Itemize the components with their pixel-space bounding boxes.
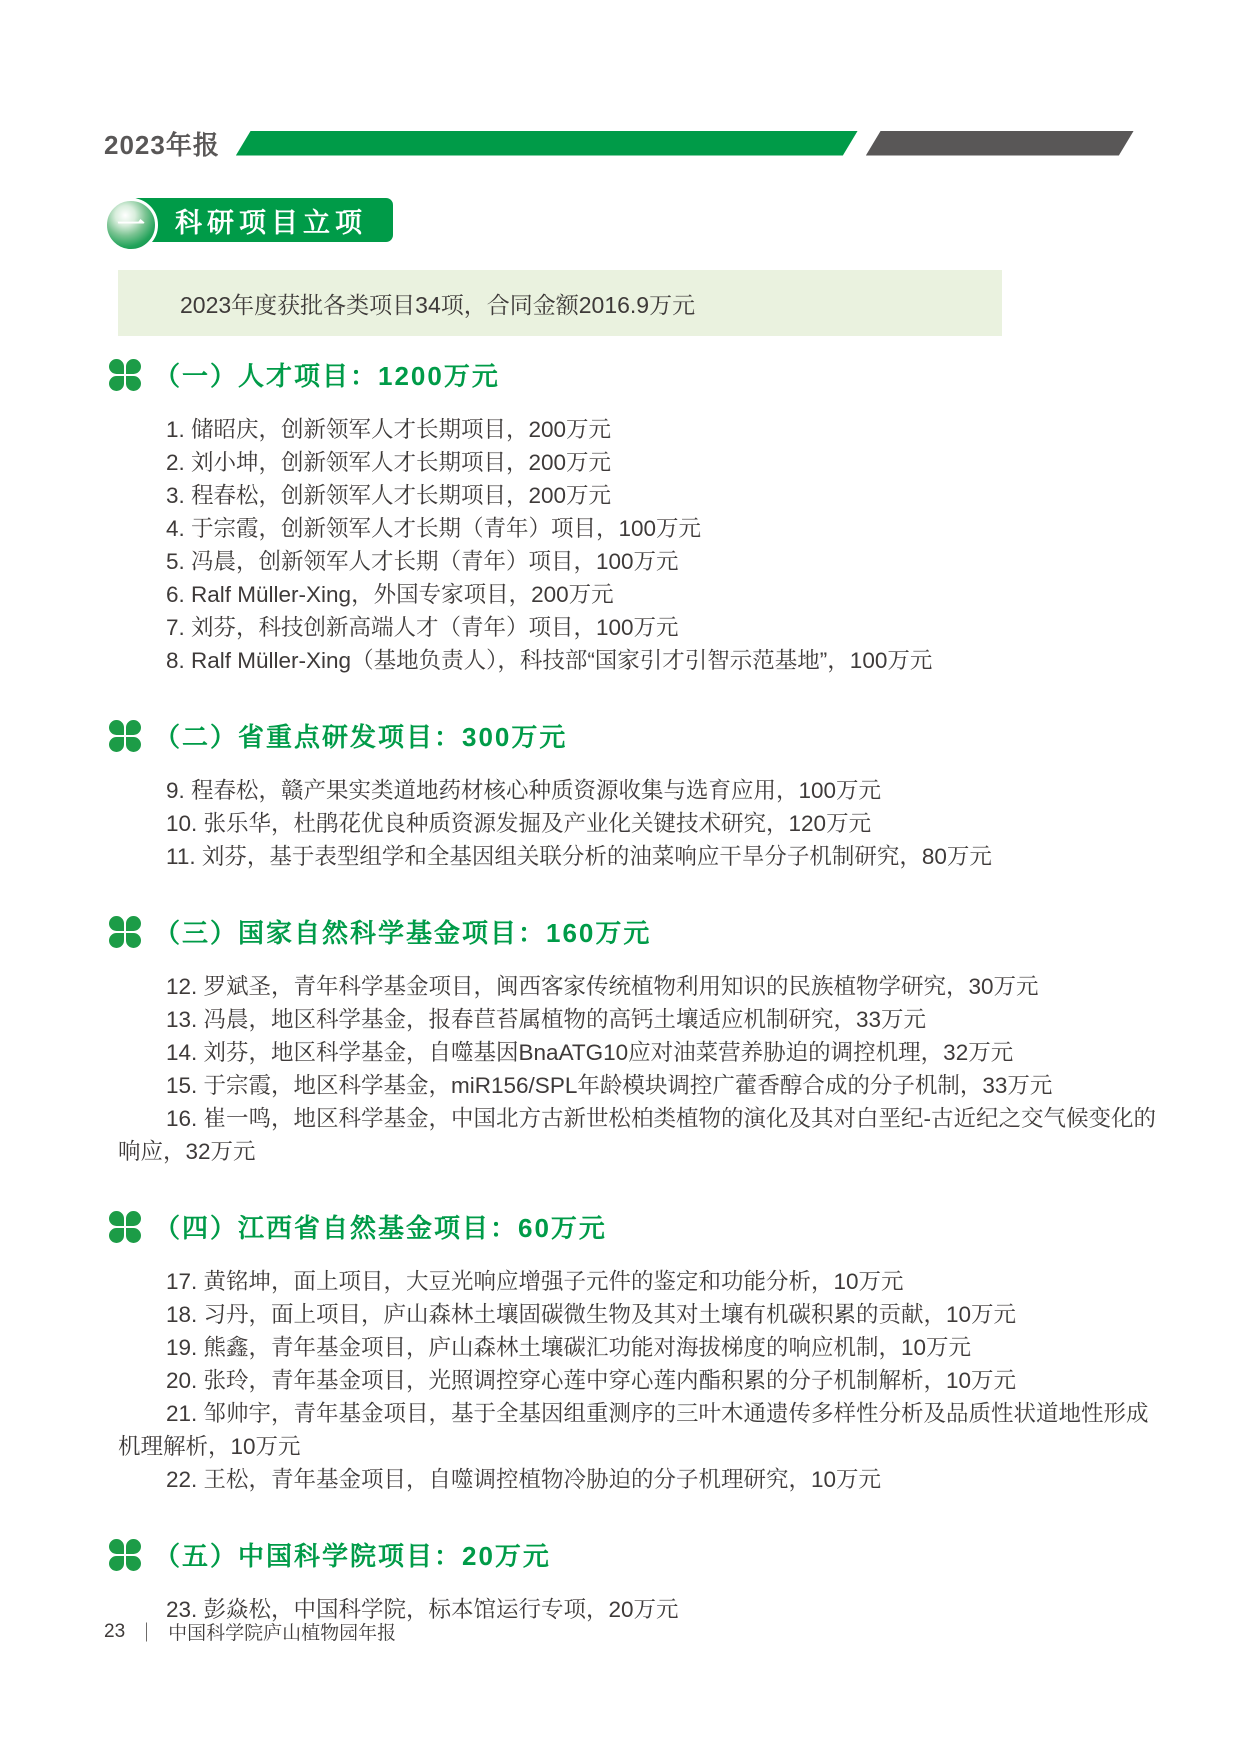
section-heading-text: （三）国家自然科学基金项目：160万元: [154, 913, 651, 950]
project-item: 6. Ralf Müller-Xing，外国专家项目，200万元: [118, 578, 1162, 611]
clover-icon: [108, 1210, 142, 1244]
project-item: 9. 程春松，赣产果实类道地药材核心种质资源收集与选育应用，100万元: [118, 774, 1162, 807]
project-section: （四）江西省自然基金项目：60万元 17. 黄铭坤，面上项目，大豆光响应增强子元…: [118, 1208, 1162, 1496]
project-item: 2. 刘小坤，创新领军人才长期项目，200万元: [118, 446, 1162, 479]
footer-separator: ｜: [137, 1618, 156, 1645]
project-section: （二）省重点研发项目：300万元 9. 程春松，赣产果实类道地药材核心种质资源收…: [118, 717, 1162, 873]
project-item: 10. 张乐华，杜鹃花优良种质资源发掘及产业化关键技术研究，120万元: [118, 807, 1162, 840]
project-section: （一）人才项目：1200万元 1. 储昭庆，创新领军人才长期项目，200万元2.…: [118, 356, 1162, 677]
project-item: 1. 储昭庆，创新领军人才长期项目，200万元: [118, 413, 1162, 446]
page-title: 2023年报: [104, 125, 220, 162]
project-item: 5. 冯晨，创新领军人才长期（青年）项目，100万元: [118, 545, 1162, 578]
project-item: 18. 习丹，面上项目，庐山森林土壤固碳微生物及其对土壤有机碳积累的贡献，10万…: [118, 1298, 1162, 1331]
project-item: 19. 熊鑫，青年基金项目，庐山森林土壤碳汇功能对海拔梯度的响应机制，10万元: [118, 1331, 1162, 1364]
project-item: 17. 黄铭坤，面上项目，大豆光响应增强子元件的鉴定和功能分析，10万元: [118, 1265, 1162, 1298]
chapter-number: 一: [117, 211, 145, 239]
header-gray-bar: [866, 131, 1134, 156]
section-heading-text: （二）省重点研发项目：300万元: [154, 717, 567, 754]
page-header: 2023年报: [104, 128, 1240, 158]
section-heading: （二）省重点研发项目：300万元: [108, 717, 1162, 754]
project-item: 14. 刘芬，地区科学基金，自噬基因BnaATG10应对油菜营养胁迫的调控机理，…: [118, 1036, 1162, 1069]
section-items: 1. 储昭庆，创新领军人才长期项目，200万元2. 刘小坤，创新领军人才长期项目…: [118, 413, 1162, 677]
summary-text: 2023年度获批各类项目34项，合同金额2016.9万元: [180, 287, 695, 320]
project-item: 12. 罗斌圣，青年科学基金项目，闽西客家传统植物利用知识的民族植物学研究，30…: [118, 970, 1162, 1003]
summary-box: 2023年度获批各类项目34项，合同金额2016.9万元: [118, 270, 1002, 336]
project-section: （五）中国科学院项目：20万元 23. 彭焱松，中国科学院，标本馆运行专项，20…: [118, 1536, 1162, 1626]
clover-icon: [108, 358, 142, 392]
section-heading-text: （四）江西省自然基金项目：60万元: [154, 1208, 607, 1245]
sections-container: （一）人才项目：1200万元 1. 储昭庆，创新领军人才长期项目，200万元2.…: [0, 336, 1240, 1626]
project-item: 15. 于宗霞，地区科学基金，miR156/SPL年龄模块调控广藿香醇合成的分子…: [118, 1069, 1162, 1102]
section-heading: （一）人才项目：1200万元: [108, 356, 1162, 393]
project-section: （三）国家自然科学基金项目：160万元 12. 罗斌圣，青年科学基金项目，闽西客…: [118, 913, 1162, 1168]
project-item: 20. 张玲，青年基金项目，光照调控穿心莲中穿心莲内酯积累的分子机制解析，10万…: [118, 1364, 1162, 1397]
section-items: 17. 黄铭坤，面上项目，大豆光响应增强子元件的鉴定和功能分析，10万元18. …: [118, 1265, 1162, 1496]
project-item: 21. 邹帅宇，青年基金项目，基于全基因组重测序的三叶木通遗传多样性分析及品质性…: [118, 1397, 1162, 1463]
footer-page-number: 23: [104, 1621, 125, 1643]
project-item: 11. 刘芬，基于表型组学和全基因组关联分析的油菜响应干旱分子机制研究，80万元: [118, 840, 1162, 873]
footer-report-title: 中国科学院庐山植物园年报: [168, 1618, 396, 1645]
section-items: 12. 罗斌圣，青年科学基金项目，闽西客家传统植物利用知识的民族植物学研究，30…: [118, 970, 1162, 1168]
section-heading-text: （五）中国科学院项目：20万元: [154, 1536, 551, 1573]
annual-report-page: 2023年报 科研项目立项 一 2023年度获批各类项目34项，合同金额2016…: [0, 0, 1240, 1754]
project-item: 3. 程春松，创新领军人才长期项目，200万元: [118, 479, 1162, 512]
section-items: 9. 程春松，赣产果实类道地药材核心种质资源收集与选育应用，100万元10. 张…: [118, 774, 1162, 873]
page-footer: 23 ｜ 中国科学院庐山植物园年报: [104, 1618, 396, 1645]
chapter-title: 科研项目立项: [175, 201, 367, 240]
section-heading: （四）江西省自然基金项目：60万元: [108, 1208, 1162, 1245]
header-green-bar: [236, 131, 858, 156]
section-heading: （三）国家自然科学基金项目：160万元: [108, 913, 1162, 950]
project-item: 22. 王松，青年基金项目，自噬调控植物冷胁迫的分子机理研究，10万元: [118, 1463, 1162, 1496]
chapter-number-sphere-icon: 一: [104, 198, 158, 252]
section-heading-text: （一）人才项目：1200万元: [154, 356, 500, 393]
section-heading: （五）中国科学院项目：20万元: [108, 1536, 1162, 1573]
clover-icon: [108, 1538, 142, 1572]
project-item: 8. Ralf Müller-Xing（基地负责人），科技部“国家引才引智示范基…: [118, 644, 1162, 677]
clover-icon: [108, 915, 142, 949]
project-item: 7. 刘芬，科技创新高端人才（青年）项目，100万元: [118, 611, 1162, 644]
project-item: 4. 于宗霞，创新领军人才长期（青年）项目，100万元: [118, 512, 1162, 545]
project-item: 13. 冯晨，地区科学基金，报春苣苔属植物的高钙土壤适应机制研究，33万元: [118, 1003, 1162, 1036]
clover-icon: [108, 719, 142, 753]
project-item: 16. 崔一鸣，地区科学基金，中国北方古新世松柏类植物的演化及其对白垩纪-古近纪…: [118, 1102, 1162, 1168]
chapter-badge: 科研项目立项 一: [104, 198, 393, 252]
chapter-badge-rect: 科研项目立项: [131, 198, 393, 242]
